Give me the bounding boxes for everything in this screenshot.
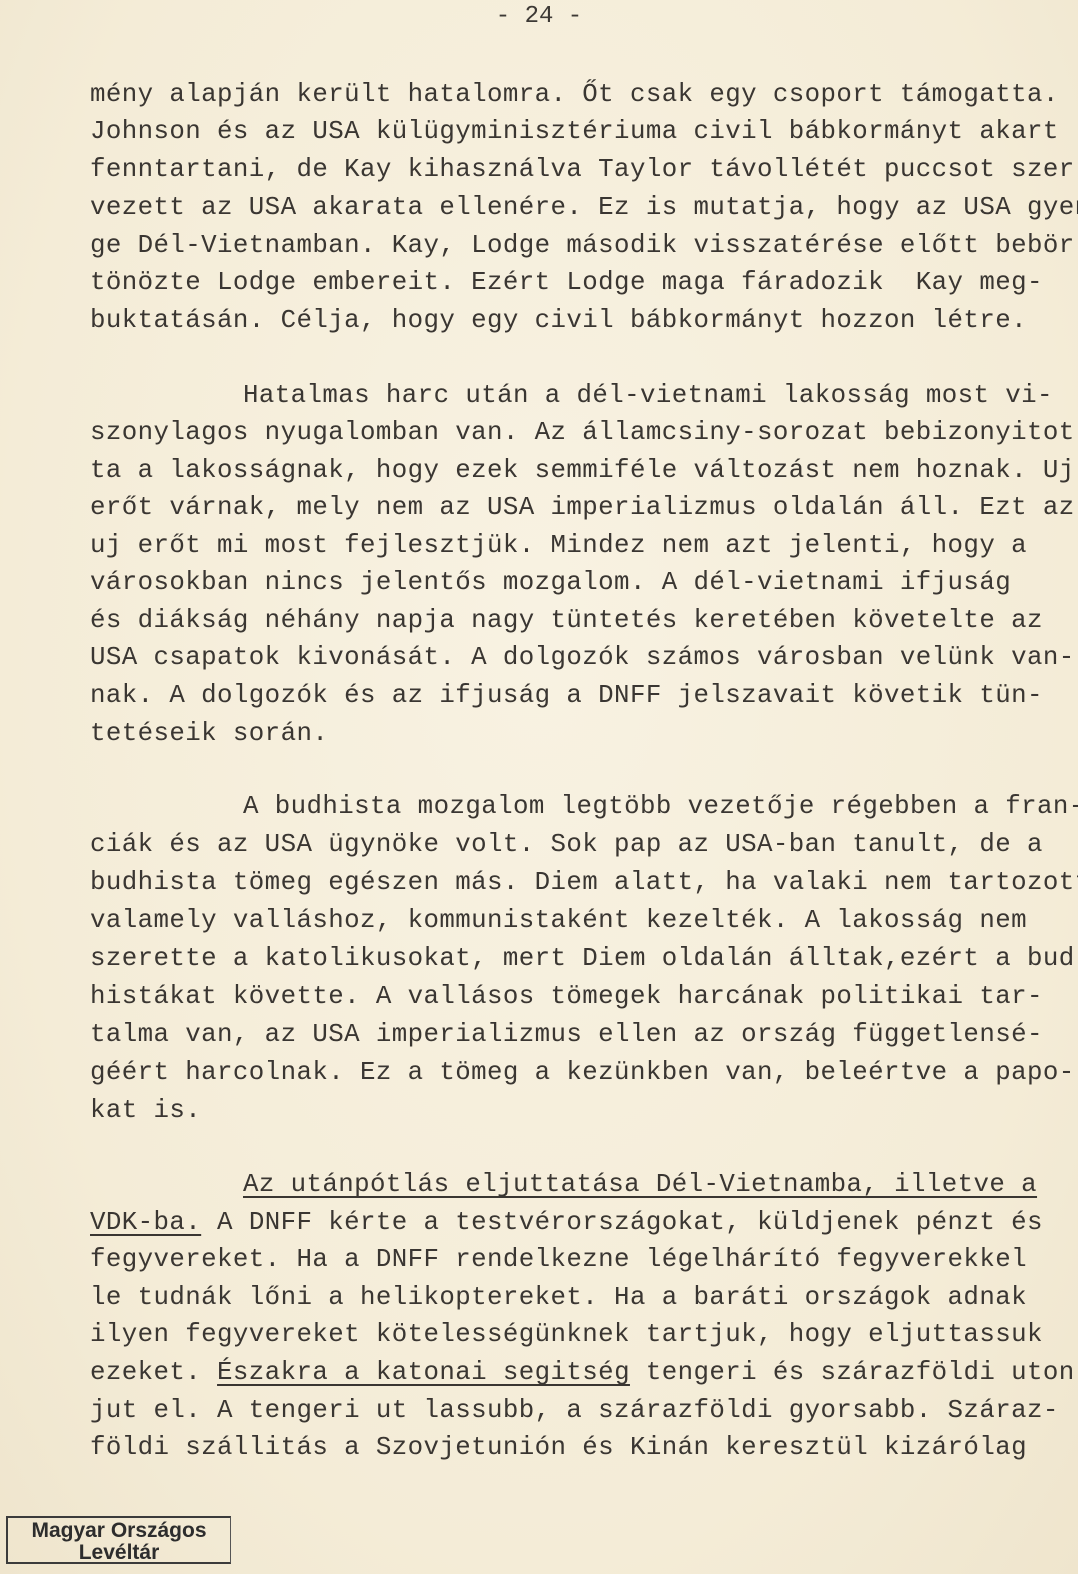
section-heading: Az utánpótlás eljuttatása Dél-Vietnamba,… [243, 1170, 1037, 1200]
text-line: kat is. [90, 1096, 201, 1126]
text-line: ezeket. Északra a katonai segitség tenge… [90, 1358, 1075, 1388]
text-line: histákat követte. A vallásos tömegek har… [90, 982, 1043, 1012]
text-line: talma van, az USA imperializmus ellen az… [90, 1020, 1043, 1050]
text-line: buktatásán. Célja, hogy egy civil bábkor… [90, 306, 1027, 336]
text-line: ilyen fegyvereket kötelességünknek tartj… [90, 1320, 1043, 1350]
text-line: erőt várnak, mely nem az USA imperializm… [90, 493, 1075, 523]
text-line: nak. A dolgozók és az ifjuság a DNFF jel… [90, 681, 1043, 711]
text-line: jut el. A tengeri ut lassubb, a szárazfö… [90, 1396, 1059, 1426]
text-line: uj erőt mi most fejlesztjük. Mindez nem … [90, 531, 1027, 561]
text-line: géért harcolnak. Ez a tömeg a kezünkben … [90, 1058, 1075, 1088]
text-line: szerette a katolikusokat, mert Diem olda… [90, 944, 1078, 974]
text-line: VDK-ba. A DNFF kérte a testvérországokat… [90, 1208, 1043, 1238]
text-line: ciák és az USA ügynöke volt. Sok pap az … [90, 830, 1043, 860]
text-line: ge Dél-Vietnamban. Kay, Lodge második vi… [90, 231, 1078, 261]
text-line: le tudnák lőni a helikoptereket. Ha a ba… [90, 1283, 1027, 1313]
text-line: valamely valláshoz, kommunistaként kezel… [90, 906, 1027, 936]
stamp-line-2: Levéltár [8, 1542, 230, 1564]
text-line: ta a lakosságnak, hogy ezek semmiféle vá… [90, 456, 1075, 486]
text-span: A DNFF kérte a testvérországokat, küldje… [201, 1208, 1043, 1237]
text-line: vezett az USA akarata ellenére. Ez is mu… [90, 193, 1078, 223]
page-number: - 24 - [0, 2, 1078, 32]
text-line: földi szállitás a Szovjetunión és Kinán … [90, 1433, 1027, 1463]
text-line: fegyvereket. Ha a DNFF rendelkezne légel… [90, 1245, 1027, 1275]
underlined-heading-cont: VDK-ba. [90, 1208, 201, 1237]
stamp-line-1: Magyar Országos [8, 1520, 230, 1542]
text-line: budhista tömeg egészen más. Diem alatt, … [90, 868, 1078, 898]
text-line: Johnson és az USA külügyminisztériuma ci… [90, 117, 1059, 147]
text-line: tönözte Lodge embereit. Ezért Lodge maga… [90, 268, 1043, 298]
text-line: mény alapján került hatalomra. Őt csak e… [90, 80, 1059, 110]
text-span: ezeket. [90, 1358, 217, 1387]
underlined-heading: Az utánpótlás eljuttatása Dél-Vietnamba,… [243, 1170, 1037, 1199]
text-span: tengeri és szárazföldi uton [630, 1358, 1075, 1387]
text-line: szonylagos nyugalomban van. Az államcsin… [90, 418, 1078, 448]
archive-stamp: Magyar Országos Levéltár [6, 1516, 231, 1564]
text-line: fenntartani, de Kay kihasználva Taylor t… [90, 155, 1078, 185]
text-line: tetéseik során. [90, 719, 328, 749]
text-line: és diákság néhány napja nagy tüntetés ke… [90, 606, 1043, 636]
text-line: Hatalmas harc után a dél-vietnami lakoss… [243, 381, 1053, 411]
text-line: USA csapatok kivonását. A dolgozók számo… [90, 643, 1075, 673]
underlined-phrase: Északra a katonai segitség [217, 1358, 630, 1387]
text-line: A budhista mozgalom legtöbb vezetője rég… [243, 792, 1078, 822]
text-line: városokban nincs jelentős mozgalom. A dé… [90, 568, 1011, 598]
